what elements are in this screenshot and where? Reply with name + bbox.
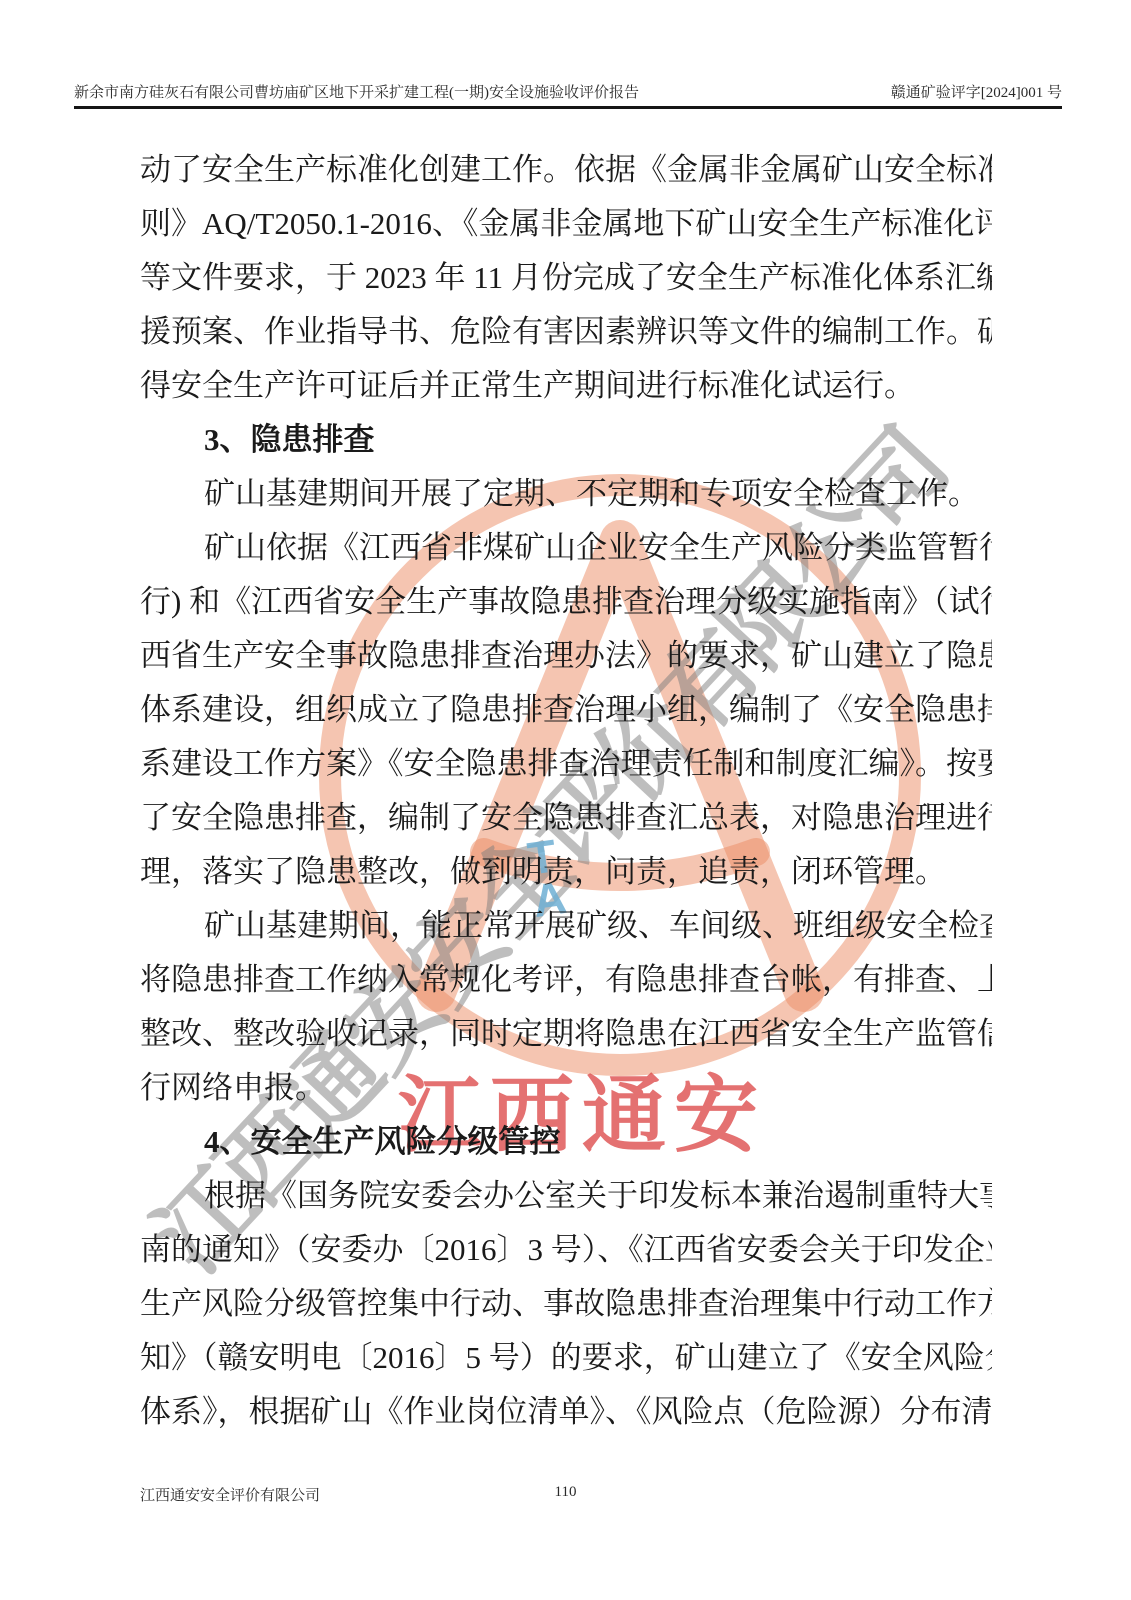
header-report-title: 新余市南方硅灰石有限公司曹坊庙矿区地下开采扩建工程(一期)安全设施验收评价报告 (74, 81, 639, 102)
text-line: 动了安全生产标准化创建工作。依据《金属非金属矿山安全标准化规范导 (140, 143, 992, 197)
text-line: 了安全隐患排查，编制了安全隐患排查汇总表，对隐患治理进行了分级管 (140, 791, 992, 845)
text-line: 4、安全生产风险分级管控 (140, 1115, 992, 1169)
footer-page-number: 110 (140, 1484, 991, 1501)
page-header: 新余市南方硅灰石有限公司曹坊庙矿区地下开采扩建工程(一期)安全设施验收评价报告 … (74, 76, 1062, 109)
text-line: 将隐患排查工作纳入常规化考评，有隐患排查台帐，有排查、上报、登记、 (140, 953, 992, 1007)
text-line: 系建设工作方案》《安全隐患排查治理责任制和制度汇编》。按要求组织 (140, 737, 992, 791)
text-line: 生产风险分级管控集中行动、事故隐患排查治理集中行动工作方案的通 (140, 1277, 992, 1331)
body-text: 动了安全生产标准化创建工作。依据《金属非金属矿山安全标准化规范导则》AQ/T20… (140, 143, 992, 1439)
text-line: 矿山基建期间开展了定期、不定期和专项安全检查工作。 (140, 467, 992, 521)
text-line: 理，落实了隐患整改，做到明责，问责，追责，闭环管理。 (140, 845, 992, 899)
text-line: 得安全生产许可证后并正常生产期间进行标准化试运行。 (140, 359, 992, 413)
text-line: 知》（赣安明电〔2016〕5 号）的要求，矿山建立了《安全风险分级管控 (140, 1331, 992, 1385)
document-page: 江西通安安全评价有限公司 T A 江西通安 新余市南方硅灰石有限公司曹坊庙矿区地… (0, 0, 1131, 1600)
text-line: 西省生产安全事故隐患排查治理办法》的要求，矿山建立了隐患排查治理 (140, 629, 992, 683)
text-line: 根据《国务院安委会办公室关于印发标本兼治遏制重特大事故工作指 (140, 1169, 992, 1223)
text-line: 体系》，根据矿山《作业岗位清单》、《风险点（危险源）分布清单》汇 (140, 1385, 992, 1439)
text-line: 行) 和《江西省安全生产事故隐患排查治理分级实施指南》（试行）及《江 (140, 575, 992, 629)
text-line: 矿山基建期间，能正常开展矿级、车间级、班组级安全检查工作，并 (140, 899, 992, 953)
text-line: 则》AQ/T2050.1-2016、《金属非金属地下矿山安全生产标准化评分办法》 (140, 197, 992, 251)
text-line: 体系建设，组织成立了隐患排查治理小组，编制了《安全隐患排查治理体 (140, 683, 992, 737)
header-doc-number: 赣通矿验评字[2024]001 号 (891, 81, 1062, 102)
text-line: 南的通知》（安委办〔2016〕3 号）、《江西省安委会关于印发企业安全 (140, 1223, 992, 1277)
text-line: 矿山依据《江西省非煤矿山企业安全生产风险分类监管暂行办法》(试 (140, 521, 992, 575)
text-line: 整改、整改验收记录，同时定期将隐患在江西省安全生产监管信息系统进 (140, 1007, 992, 1061)
text-line: 等文件要求，于 2023 年 11 月份完成了安全生产标准化体系汇编、应急救 (140, 251, 992, 305)
text-line: 行网络申报。 (140, 1061, 992, 1115)
text-line: 援预案、作业指导书、危险有害因素辨识等文件的编制工作。矿山计划取 (140, 305, 992, 359)
text-line: 3、隐患排查 (140, 413, 992, 467)
